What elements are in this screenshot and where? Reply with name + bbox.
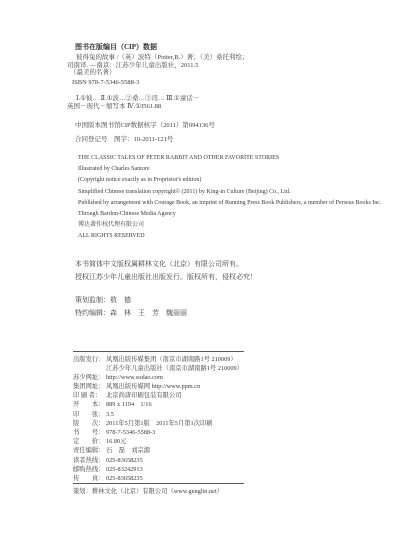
publication-row: 开 本：889 x 1194 1/16: [73, 400, 243, 409]
hotline-value: 025-83658235: [106, 457, 143, 464]
hotline-label: 读者热线：: [73, 456, 106, 465]
producer-label: 策划监制：: [75, 296, 110, 304]
chinese-rights-notice-block: 本书简体中文版权属耕林文化（北京）有限公司所有。 授权江苏少年儿童出版社出版发行…: [75, 258, 257, 284]
cip-description-line-1: 彼得兔的故事 /（英）波特（Potter,B.）著；（美）桑托利绘；: [67, 54, 249, 62]
publication-value: 978-7-5346-5588-3: [106, 429, 155, 436]
hotline-row: 邮购热线：025-83242913: [73, 465, 143, 474]
publication-value: http://www.sodao.com: [106, 374, 163, 381]
cip-classification-line-1: Ⅰ.①彼… Ⅱ.①波…②桑…③司… Ⅲ.①童话－: [67, 95, 199, 103]
planner-credit-line: 策划：耕林文化（北京）有限公司（www.genglin.net）: [73, 486, 223, 495]
publication-label: 定 价：: [73, 437, 106, 446]
cip-data-block: 图书在版编目（CIP）数据 彼得兔的故事 /（英）波特（Potter,B.）著；…: [67, 44, 249, 87]
publication-label: 版 次：: [73, 419, 106, 428]
publication-label: 集团网址：: [73, 382, 106, 391]
publication-value: 北京尚唐印刷包装有限公司: [106, 392, 182, 399]
publication-label: 书 号：: [73, 428, 106, 437]
copyright-notice-line: (Copyright notice exactly as in Propriet…: [78, 175, 381, 186]
hotline-label: 邮购热线：: [73, 465, 106, 474]
publication-info-block: 出版发行：凤凰出版传媒集团（南京市湖南路1号 210009） 江苏少年儿童出版社…: [73, 355, 243, 455]
agency-line-chinese: 博达著作权代理有限公司: [78, 220, 381, 231]
special-editors-names: 森 林 王 芳 魏丽丽: [110, 309, 187, 317]
publication-value: 3.5: [106, 411, 114, 418]
producer-row: 策划监制：敖 德: [75, 294, 187, 307]
divider-line-top: [73, 351, 244, 352]
editors-block: 策划监制：敖 德 特约编辑：森 林 王 芳 魏丽丽: [75, 294, 187, 319]
publication-label: 印 刷 者：: [73, 391, 106, 400]
copyright-page: 图书在版编目（CIP）数据 彼得兔的故事 /（英）波特（Potter,B.）著；…: [0, 0, 400, 534]
publication-row: 书 号：978-7-5346-5588-3: [73, 428, 243, 437]
illustrator-credit-line: Illustrated by Charles Santore: [78, 164, 381, 175]
publication-row: 出版发行：凤凰出版传媒集团（南京市湖南路1号 210009）: [73, 355, 243, 364]
special-editors-row: 特约编辑：森 林 王 芳 魏丽丽: [75, 307, 187, 320]
publication-value: 16.80元: [106, 438, 126, 445]
publication-value: 2011年5月第1版 2011年5月第1次印刷: [106, 420, 213, 427]
hotline-label: 传 真：: [73, 474, 106, 483]
publication-row: 印 张：3.5: [73, 410, 243, 419]
publication-label: 苏少网址：: [73, 373, 106, 382]
publication-value: 凤凰出版传媒网 http://www.ppm.cn: [106, 383, 200, 390]
publication-row: 印 刷 者：北京尚唐印刷包装有限公司: [73, 391, 243, 400]
publication-row: 版 次：2011年5月第1版 2011年5月第1次印刷: [73, 419, 243, 428]
cip-series-note: （最美的名著）: [70, 69, 249, 77]
publication-value: 889 x 1194 1/16: [106, 401, 152, 408]
publication-label: 印 张：: [73, 410, 106, 419]
authorization-notice-line: 授权江苏少年儿童出版社出版发行。版权所有，侵权必究！: [75, 271, 257, 284]
cip-record-number: 中国版本图书馆CIP数据核字（2011）第094136号: [75, 120, 215, 129]
divider-line-bottom: [73, 483, 244, 484]
copyright-contract-number: 合同登记号 图字：10-2011-121号: [75, 134, 173, 143]
publication-value: 凤凰出版传媒集团（南京市湖南路1号 210009）: [106, 356, 237, 363]
translation-copyright-line: Simplified Chinese translation copyright…: [78, 187, 381, 198]
hotline-row: 传 真：025-83658235: [73, 474, 143, 483]
book-title-english: THE CLASSIC TALES OF PETER RABBIT AND OT…: [78, 153, 381, 164]
hotline-row: 读者热线：025-83658235: [73, 456, 143, 465]
publication-row: 集团网址：凤凰出版传媒网 http://www.ppm.cn: [73, 382, 243, 391]
hotline-value: 025-83242913: [106, 466, 143, 473]
special-editors-label: 特约编辑：: [75, 309, 110, 317]
publishing-arrangement-line: Published by arrangement with Courage Bo…: [78, 198, 381, 209]
hotline-value: 025-83658235: [106, 475, 143, 482]
publication-label: 开 本：: [73, 400, 106, 409]
all-rights-reserved-line: ALL RIGHTS RESERVED: [78, 231, 381, 242]
publication-row: 定 价：16.80元: [73, 437, 243, 446]
english-copyright-block: THE CLASSIC TALES OF PETER RABBIT AND OT…: [78, 153, 381, 243]
publication-row: 江苏少年儿童出版社（南京市湖南路1号 210009）: [73, 364, 243, 373]
cip-heading: 图书在版编目（CIP）数据: [75, 44, 249, 52]
cip-classification-line-2: 英国－现代－缩写本 Ⅳ.①I561.88: [67, 103, 199, 111]
publication-value: 江苏少年儿童出版社（南京市湖南路1号 210009）: [106, 365, 243, 372]
cip-isbn: ISBN 978-7-5346-5588-3: [72, 79, 249, 87]
publication-label: 出版发行：: [73, 355, 106, 364]
contact-block: 读者热线：025-83658235 邮购热线：025-83242913 传 真：…: [73, 456, 143, 483]
cip-classification-block: Ⅰ.①彼… Ⅱ.①波…②桑…③司… Ⅲ.①童话－ 英国－现代－缩写本 Ⅳ.①I5…: [67, 95, 199, 111]
publication-value: 石 磊 刘宗源: [106, 447, 150, 454]
publication-row: 责任编辑：石 磊 刘宗源: [73, 446, 243, 455]
simplified-chinese-rights-line: 本书简体中文版权属耕林文化（北京）有限公司所有。: [75, 258, 257, 271]
producer-names: 敖 德: [110, 296, 131, 304]
publication-label: 责任编辑：: [73, 446, 106, 455]
agency-line-english: Through Bardon-Chinese Media Agency: [78, 209, 381, 220]
publication-row: 苏少网址：http://www.sodao.com: [73, 373, 243, 382]
